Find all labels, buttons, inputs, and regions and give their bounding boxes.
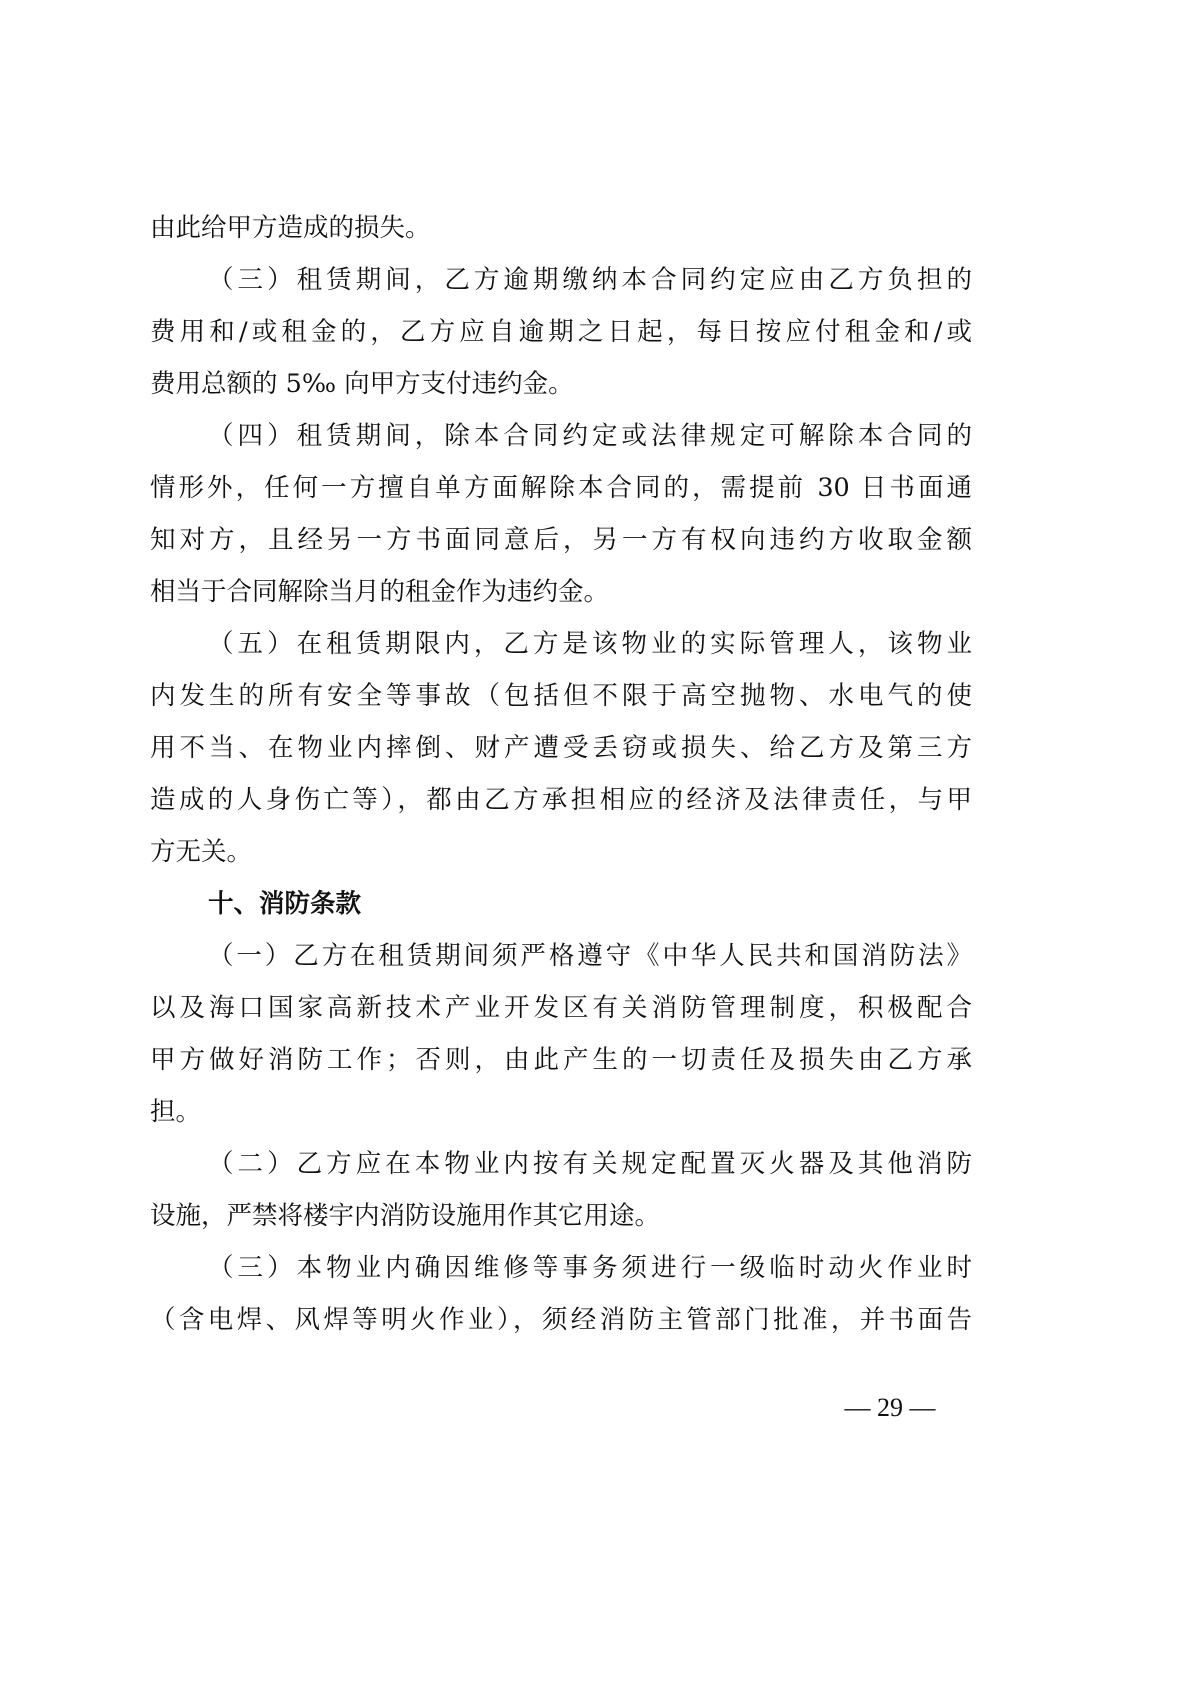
paragraph-line: 担。: [150, 1092, 972, 1132]
paragraph-line: 用不当、在物业内摔倒、财产遭受丢窃或损失、给乙方及第三方: [150, 728, 972, 768]
paragraph-line: （四）租赁期间，除本合同约定或法律规定可解除本合同的: [150, 416, 972, 456]
paragraph-line: 造成的人身伤亡等），都由乙方承担相应的经济及法律责任，与甲: [150, 780, 972, 820]
paragraph-line: 相当于合同解除当月的租金作为违约金。: [150, 572, 972, 612]
paragraph-line: 由此给甲方造成的损失。: [150, 208, 972, 248]
paragraph-line: （一）乙方在租赁期间须严格遵守《中华人民共和国消防法》: [150, 936, 972, 976]
paragraph-line: 费用和/或租金的，乙方应自逾期之日起，每日按应付租金和/或: [150, 312, 972, 352]
paragraph-line: （三）租赁期间，乙方逾期缴纳本合同约定应由乙方负担的: [150, 260, 972, 300]
paragraph-line: （二）乙方应在本物业内按有关规定配置灭火器及其他消防: [150, 1144, 972, 1184]
paragraph-line: （三）本物业内确因维修等事务须进行一级临时动火作业时: [150, 1248, 972, 1288]
paragraph-line: 方无关。: [150, 832, 972, 872]
section-heading: 十、消防条款: [208, 884, 608, 924]
page-number: — 29 —: [835, 1388, 945, 1428]
paragraph-line: 以及海口国家高新技术产业开发区有关消防管理制度，积极配合: [150, 988, 972, 1028]
paragraph-line: （含电焊、风焊等明火作业），须经消防主管部门批准，并书面告: [150, 1300, 972, 1340]
paragraph-line: 情形外，任何一方擅自单方面解除本合同的，需提前 30 日书面通: [150, 468, 972, 508]
paragraph-line: 设施，严禁将楼宇内消防设施用作其它用途。: [150, 1196, 972, 1236]
paragraph-line: 费用总额的 5‰ 向甲方支付违约金。: [150, 364, 972, 404]
paragraph-line: 内发生的所有安全等事故（包括但不限于高空抛物、水电气的使: [150, 676, 972, 716]
paragraph-line: 甲方做好消防工作；否则，由此产生的一切责任及损失由乙方承: [150, 1040, 972, 1080]
document-page: 由此给甲方造成的损失。 （三）租赁期间，乙方逾期缴纳本合同约定应由乙方负担的 费…: [0, 0, 1191, 1684]
paragraph-line: （五）在租赁期限内，乙方是该物业的实际管理人，该物业: [150, 624, 972, 664]
paragraph-line: 知对方，且经另一方书面同意后，另一方有权向违约方收取金额: [150, 520, 972, 560]
